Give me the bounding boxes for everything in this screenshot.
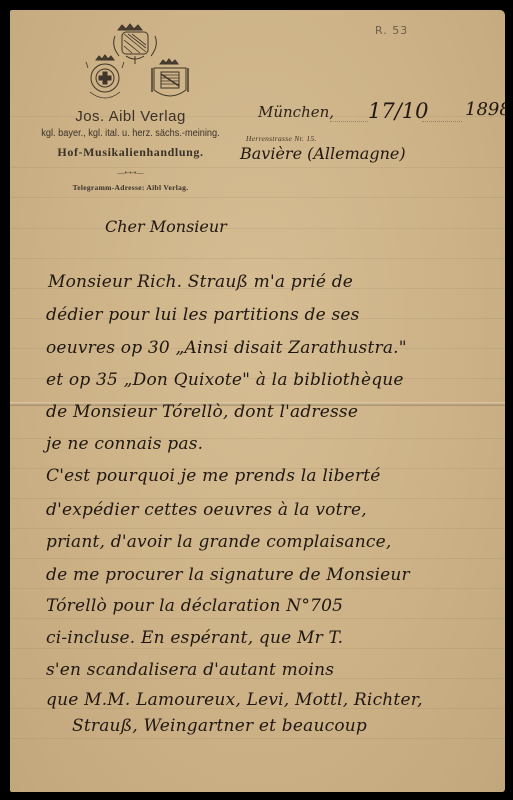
handwritten-region: Bavière (Allemagne) bbox=[240, 144, 406, 163]
ruled-line bbox=[10, 588, 505, 589]
italy-crest-icon bbox=[86, 55, 124, 98]
ruled-line bbox=[10, 528, 505, 529]
body-line: je ne connais pas. bbox=[46, 434, 203, 454]
ruled-line bbox=[10, 648, 505, 649]
ruled-line bbox=[10, 197, 505, 198]
body-line: oeuvres op 30 „Ainsi disait Zarathustra.… bbox=[46, 338, 407, 358]
body-line: ci-incluse. En espérant, que Mr T. bbox=[46, 628, 343, 648]
body-line: Strauß, Weingartner et beaucoup bbox=[72, 716, 367, 736]
telegram-address: Telegramm-Adresse: Aibl Verlag. bbox=[28, 183, 233, 192]
body-line: et op 35 „Don Quixote" à la bibliothèque bbox=[46, 370, 404, 390]
body-line: priant, d'avoir la grande complaisance, bbox=[46, 532, 391, 552]
saxe-meiningen-crest-icon bbox=[152, 59, 188, 96]
ruled-line bbox=[10, 258, 505, 259]
publisher-name: Jos. Aibl Verlag bbox=[28, 108, 233, 125]
body-line: d'expédier cettes oeuvres à la votre, bbox=[46, 500, 367, 520]
ornament-divider: —•-•-•— bbox=[28, 170, 233, 177]
body-line: dédier pour lui les partitions de ses bbox=[46, 305, 360, 325]
date-year: 1898 bbox=[465, 99, 505, 120]
letterhead: Jos. Aibl Verlag kgl. bayer., kgl. ital.… bbox=[28, 108, 233, 192]
salutation: Cher Monsieur bbox=[105, 217, 227, 236]
letterhead-crests bbox=[80, 22, 190, 112]
business-type: Hof-Musikalienhandlung. bbox=[28, 145, 233, 160]
dotted-leader bbox=[330, 121, 368, 122]
street-address: Herrenstrasse Nr. 15. bbox=[246, 134, 317, 143]
ruled-line bbox=[10, 738, 505, 739]
dateline-place: München, bbox=[258, 103, 334, 121]
archive-mark: R. 53 bbox=[375, 24, 408, 37]
ruled-line bbox=[10, 558, 505, 559]
bavaria-crest-icon bbox=[114, 24, 157, 64]
ruled-line bbox=[10, 498, 505, 499]
ruled-line bbox=[10, 228, 505, 229]
date-day-month: 17/10 bbox=[368, 99, 429, 123]
royal-appointment: kgl. bayer., kgl. ital. u. herz. sächs.-… bbox=[36, 128, 225, 139]
body-line: Monsieur Rich. Strauß m'a prié de bbox=[48, 272, 353, 292]
body-line: que M.M. Lamoureux, Levi, Mottl, Richter… bbox=[46, 690, 423, 710]
body-line: de Monsieur Tórellò, dont l'adresse bbox=[46, 402, 358, 422]
body-line: C'est pourquoi je me prends la liberté bbox=[46, 466, 381, 486]
body-line: de me procurer la signature de Monsieur bbox=[46, 565, 410, 585]
body-line: s'en scandalisera d'autant moins bbox=[46, 660, 334, 680]
body-line: Tórellò pour la déclaration N°705 bbox=[46, 596, 343, 616]
letter-page: R. 53 Jos. Aibl Verlag kgl. bayer., kgl.… bbox=[10, 10, 505, 792]
ruled-line bbox=[10, 618, 505, 619]
